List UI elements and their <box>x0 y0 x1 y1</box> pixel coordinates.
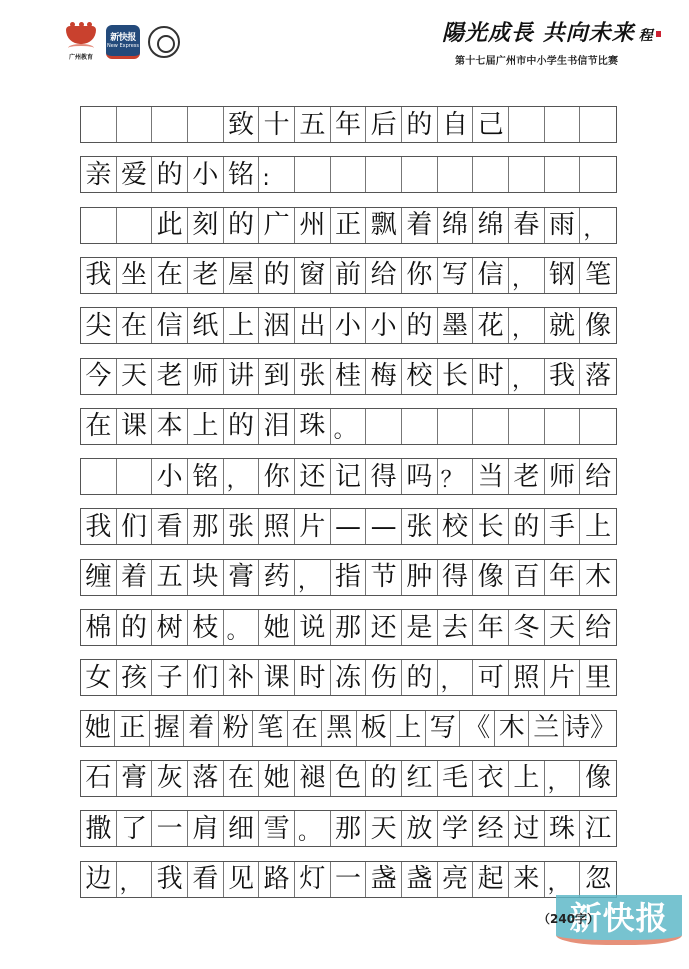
grid-cell <box>438 157 474 192</box>
grid-cell: 自 <box>438 107 474 142</box>
grid-cell: 棉 <box>81 610 117 645</box>
grid-cell: 放 <box>402 811 438 846</box>
text-row: 边，我看见路灯一盏盏亮起来，忽 <box>80 861 617 898</box>
grid-cell: ， <box>295 560 331 595</box>
grid-cell: 窗 <box>295 258 331 293</box>
grid-cell: 就 <box>545 308 581 343</box>
grid-cell: 我 <box>81 258 117 293</box>
grid-cell: 年 <box>545 560 581 595</box>
text-row: 我坐在老屋的窗前给你写信，钢笔 <box>80 257 617 294</box>
grid-cell: 上 <box>391 711 426 746</box>
grid-cell: 小 <box>366 308 402 343</box>
grid-cell: 铭 <box>224 157 260 192</box>
grid-cell: 的 <box>224 208 260 243</box>
grid-cell: 那 <box>331 811 367 846</box>
grid-cell: 小 <box>331 308 367 343</box>
grid-cell: 我 <box>152 862 188 897</box>
grid-cell: 像 <box>580 308 616 343</box>
grid-cell: 一 <box>331 862 367 897</box>
grid-cell: 春 <box>509 208 545 243</box>
grid-cell: 信 <box>473 258 509 293</box>
grid-cell: 的 <box>117 610 153 645</box>
grid-cell: 肿 <box>402 560 438 595</box>
grid-cell: 己 <box>473 107 509 142</box>
grid-cell <box>366 409 402 444</box>
grid-cell: 笔 <box>253 711 288 746</box>
grid-cell: 来 <box>509 862 545 897</box>
grid-cell: 珠 <box>295 409 331 444</box>
grid-cell: 我 <box>545 359 581 394</box>
grid-cell <box>402 157 438 192</box>
grid-cell: 《 <box>460 711 495 746</box>
grid-cell: 石 <box>81 761 117 796</box>
grid-cell: 的 <box>402 660 438 695</box>
grid-cell: : <box>259 157 295 192</box>
grid-cell <box>152 107 188 142</box>
text-row: 我们看那张照片——张校长的手上 <box>80 508 617 545</box>
grid-cell: 长 <box>473 509 509 544</box>
grid-cell: 盏 <box>366 862 402 897</box>
grid-cell <box>117 208 153 243</box>
grid-cell: 你 <box>402 258 438 293</box>
text-row: 今天老师讲到张桂梅校长时，我落 <box>80 358 617 395</box>
grid-cell: 给 <box>580 610 616 645</box>
grid-cell: 们 <box>117 509 153 544</box>
grid-cell: 撒 <box>81 811 117 846</box>
grid-cell: 毛 <box>438 761 474 796</box>
logo-subtitle: New Express <box>106 43 140 49</box>
grid-cell: 百 <box>509 560 545 595</box>
grid-cell: 张 <box>295 359 331 394</box>
grid-cell: 的 <box>402 107 438 142</box>
grid-cell: 落 <box>580 359 616 394</box>
crown-icon <box>66 26 96 44</box>
slogan-text: 陽光成長 共向未来 <box>442 20 635 46</box>
grid-cell: 诗》 <box>564 711 616 746</box>
contest-title: 第十七届广州市中小学生书信节比赛 <box>455 52 618 67</box>
association-seal-icon <box>148 26 180 58</box>
grid-cell: 冻 <box>331 660 367 695</box>
grid-cell: 泪 <box>259 409 295 444</box>
grid-cell: ， <box>545 862 581 897</box>
grid-cell: 屋 <box>224 258 260 293</box>
grid-cell: 经 <box>473 811 509 846</box>
grid-cell: 的 <box>366 761 402 796</box>
grid-cell <box>509 107 545 142</box>
grid-cell: 褪 <box>295 761 331 796</box>
grid-cell: 讲 <box>224 359 260 394</box>
grid-cell: 笔 <box>580 258 616 293</box>
grid-cell <box>473 409 509 444</box>
grid-cell: 绵 <box>473 208 509 243</box>
grid-cell: 老 <box>188 258 224 293</box>
grid-cell <box>366 157 402 192</box>
grid-cell: 肩 <box>188 811 224 846</box>
grid-cell: 当 <box>473 459 509 494</box>
grid-cell: 正 <box>115 711 150 746</box>
grid-cell: ？ <box>438 459 474 494</box>
grid-cell: 去 <box>438 610 474 645</box>
grid-cell: 片 <box>295 509 331 544</box>
red-seal-icon <box>656 31 661 37</box>
grid-cell: 天 <box>366 811 402 846</box>
grid-cell: 刻 <box>188 208 224 243</box>
grid-cell: 老 <box>152 359 188 394</box>
grid-cell: 后 <box>366 107 402 142</box>
grid-cell <box>81 107 117 142</box>
grid-cell: 膏 <box>224 560 260 595</box>
grid-cell: 记 <box>331 459 367 494</box>
grid-cell: 年 <box>331 107 367 142</box>
grid-cell: 五 <box>295 107 331 142</box>
grid-cell: 里 <box>580 660 616 695</box>
grid-cell: 给 <box>580 459 616 494</box>
grid-cell: 可 <box>473 660 509 695</box>
grid-cell: 块 <box>188 560 224 595</box>
grid-cell: 粉 <box>219 711 254 746</box>
grid-cell: 上 <box>224 308 260 343</box>
grid-cell: 尖 <box>81 308 117 343</box>
grid-cell: 梅 <box>366 359 402 394</box>
grid-cell: 花 <box>473 308 509 343</box>
grid-cell: ， <box>545 761 581 796</box>
grid-cell <box>580 107 616 142</box>
grid-cell: 时 <box>295 660 331 695</box>
grid-cell: 起 <box>473 862 509 897</box>
grid-cell: 老 <box>509 459 545 494</box>
logo-caption: 广州教育 <box>64 52 98 61</box>
grid-cell: 灯 <box>295 862 331 897</box>
grid-cell: ， <box>509 258 545 293</box>
grid-cell: 补 <box>224 660 260 695</box>
grid-cell: 信 <box>152 308 188 343</box>
grid-cell: 还 <box>295 459 331 494</box>
grid-cell <box>295 157 331 192</box>
title-row: 致十五年后的自己 <box>80 106 617 143</box>
grid-cell: 边 <box>81 862 117 897</box>
grid-cell: 见 <box>224 862 260 897</box>
grid-cell: 在 <box>117 308 153 343</box>
grid-cell <box>402 409 438 444</box>
slogan-calligraphy: 陽光成長 共向未来程 <box>442 16 661 47</box>
grid-cell: 冬 <box>509 610 545 645</box>
grid-cell <box>580 157 616 192</box>
grid-cell: 那 <box>188 509 224 544</box>
grid-cell: 出 <box>295 308 331 343</box>
grid-cell: 上 <box>188 409 224 444</box>
grid-cell: 得 <box>438 560 474 595</box>
grid-cell: 着 <box>184 711 219 746</box>
grid-cell: 灰 <box>152 761 188 796</box>
grid-cell: 像 <box>580 761 616 796</box>
grid-cell <box>188 107 224 142</box>
grid-cell: 张 <box>224 509 260 544</box>
grid-cell: 小 <box>152 459 188 494</box>
grid-cell: 伤 <box>366 660 402 695</box>
grid-cell: 。 <box>295 811 331 846</box>
grid-cell: 女 <box>81 660 117 695</box>
grid-cell: 们 <box>188 660 224 695</box>
grid-cell <box>509 409 545 444</box>
grid-cell: 亮 <box>438 862 474 897</box>
grid-cell: 学 <box>438 811 474 846</box>
grid-cell: 是 <box>402 610 438 645</box>
grid-cell: 本 <box>152 409 188 444</box>
grid-cell: 孩 <box>117 660 153 695</box>
grid-cell: 写 <box>438 258 474 293</box>
grid-cell: 落 <box>188 761 224 796</box>
grid-cell: 手 <box>545 509 581 544</box>
grid-cell: 子 <box>152 660 188 695</box>
grid-cell: — <box>331 509 367 544</box>
grid-cell: 给 <box>366 258 402 293</box>
grid-cell: ， <box>438 660 474 695</box>
grid-cell <box>545 409 581 444</box>
header-logos: 广州教育 新快报 New Express <box>64 22 180 62</box>
grid-cell: 的 <box>509 509 545 544</box>
grid-cell: 你 <box>259 459 295 494</box>
grid-cell: 忽 <box>580 862 616 897</box>
grid-cell: 她 <box>259 761 295 796</box>
grid-cell: 木 <box>580 560 616 595</box>
grid-cell: 年 <box>473 610 509 645</box>
book-icon <box>68 44 94 52</box>
grid-cell: 致 <box>224 107 260 142</box>
grid-cell: 说 <box>295 610 331 645</box>
grid-cell: 师 <box>188 359 224 394</box>
grid-cell: 吗 <box>402 459 438 494</box>
grid-cell: 她 <box>259 610 295 645</box>
grid-cell: 像 <box>473 560 509 595</box>
grid-cell: 师 <box>545 459 581 494</box>
grid-cell: 张 <box>402 509 438 544</box>
grid-cell <box>545 107 581 142</box>
grid-cell: 在 <box>152 258 188 293</box>
grid-cell <box>117 107 153 142</box>
grid-cell: 的 <box>224 409 260 444</box>
grid-cell: 州 <box>295 208 331 243</box>
grid-cell: 盏 <box>402 862 438 897</box>
grid-cell: 天 <box>545 610 581 645</box>
grid-cell: 在 <box>81 409 117 444</box>
grid-cell: 写 <box>426 711 461 746</box>
new-express-logo: 新快报 New Express <box>106 25 140 59</box>
grid-cell: 墨 <box>438 308 474 343</box>
grid-cell: 节 <box>366 560 402 595</box>
logo-title: 新快报 <box>106 30 140 43</box>
grid-cell: 坐 <box>117 258 153 293</box>
text-row: 在课本上的泪珠。 <box>80 408 617 445</box>
grid-cell: 江 <box>580 811 616 846</box>
grid-cell <box>545 157 581 192</box>
guangzhou-education-logo: 广州教育 <box>64 22 98 62</box>
grid-cell: 看 <box>188 862 224 897</box>
grid-cell: 药 <box>259 560 295 595</box>
grid-cell: 桂 <box>331 359 367 394</box>
grid-cell: 树 <box>152 610 188 645</box>
grid-cell: 绵 <box>438 208 474 243</box>
word-count: （240字） <box>538 910 599 927</box>
grid-cell: 十 <box>259 107 295 142</box>
grid-cell <box>473 157 509 192</box>
text-row: 尖在信纸上洇出小小的墨花，就像 <box>80 307 617 344</box>
grid-cell: 。 <box>331 409 367 444</box>
grid-cell: ， <box>509 308 545 343</box>
grid-cell: 照 <box>259 509 295 544</box>
grid-cell <box>81 208 117 243</box>
grid-cell: 在 <box>288 711 323 746</box>
text-row: 撒了一肩细雪。那天放学经过珠江 <box>80 810 617 847</box>
grid-cell: 握 <box>150 711 185 746</box>
grid-cell: 课 <box>259 660 295 695</box>
grid-cell: 了 <box>117 811 153 846</box>
grid-cell: 课 <box>117 409 153 444</box>
grid-cell: 到 <box>259 359 295 394</box>
grid-cell: 珠 <box>545 811 581 846</box>
grid-cell: 路 <box>259 862 295 897</box>
grid-cell: 还 <box>366 610 402 645</box>
grid-cell: 上 <box>509 761 545 796</box>
grid-cell: 铭 <box>188 459 224 494</box>
text-row: 石膏灰落在她褪色的红毛衣上，像 <box>80 760 617 797</box>
grid-cell: 指 <box>331 560 367 595</box>
text-row: 棉的树枝。她说那还是去年冬天给 <box>80 609 617 646</box>
grid-cell: 一 <box>152 811 188 846</box>
text-row: 缠着五块膏药，指节肿得像百年木 <box>80 559 617 596</box>
grid-cell: 兰 <box>529 711 563 746</box>
grid-cell: 缠 <box>81 560 117 595</box>
grid-cell <box>117 459 153 494</box>
grid-cell: 色 <box>331 761 367 796</box>
grid-cell: 看 <box>152 509 188 544</box>
grid-cell <box>438 409 474 444</box>
grid-cell <box>580 409 616 444</box>
grid-cell: 片 <box>545 660 581 695</box>
grid-cell: 爱 <box>117 157 153 192</box>
grid-cell: 钢 <box>545 258 581 293</box>
text-row: 她正握着粉笔在黑板上写《木兰诗》 <box>80 710 617 747</box>
grid-cell: 飘 <box>366 208 402 243</box>
grid-cell: 着 <box>117 560 153 595</box>
grid-cell: 枝 <box>188 610 224 645</box>
grid-cell: 雨 <box>545 208 581 243</box>
grid-cell: 上 <box>580 509 616 544</box>
grid-cell: 雪 <box>259 811 295 846</box>
grid-cell: ， <box>117 862 153 897</box>
grid-cell: 她 <box>81 711 115 746</box>
text-row: 亲爱的小铭: <box>80 156 617 193</box>
grid-cell: 那 <box>331 610 367 645</box>
grid-cell: 此 <box>152 208 188 243</box>
grid-cell: 得 <box>366 459 402 494</box>
grid-cell: 板 <box>357 711 392 746</box>
text-row: 此刻的广州正飘着绵绵春雨， <box>80 207 617 244</box>
grid-cell <box>509 157 545 192</box>
grid-cell: 校 <box>438 509 474 544</box>
grid-cell: 校 <box>402 359 438 394</box>
grid-cell: 的 <box>152 157 188 192</box>
grid-cell: 在 <box>224 761 260 796</box>
grid-cell: 长 <box>438 359 474 394</box>
grid-cell: 膏 <box>117 761 153 796</box>
grid-cell: 我 <box>81 509 117 544</box>
grid-cell: 木 <box>495 711 530 746</box>
grid-cell: 衣 <box>473 761 509 796</box>
grid-cell: 前 <box>331 258 367 293</box>
grid-cell: 洇 <box>259 308 295 343</box>
grid-cell: ， <box>580 208 616 243</box>
grid-cell: 的 <box>259 258 295 293</box>
grid-cell: 正 <box>331 208 367 243</box>
grid-cell: ， <box>509 359 545 394</box>
grid-cell: 过 <box>509 811 545 846</box>
grid-cell: 。 <box>224 610 260 645</box>
grid-cell: 红 <box>402 761 438 796</box>
slogan-signature: 程 <box>639 28 654 44</box>
text-row: 女孩子们补课时冻伤的，可照片里 <box>80 659 617 696</box>
grid-cell: 亲 <box>81 157 117 192</box>
grid-cell: 今 <box>81 359 117 394</box>
grid-cell: 着 <box>402 208 438 243</box>
grid-cell: — <box>366 509 402 544</box>
grid-cell: 天 <box>117 359 153 394</box>
grid-cell: 五 <box>152 560 188 595</box>
grid-cell: 细 <box>224 811 260 846</box>
grid-cell: ， <box>224 459 260 494</box>
grid-cell: 时 <box>473 359 509 394</box>
grid-cell: 小 <box>188 157 224 192</box>
grid-cell: 照 <box>509 660 545 695</box>
text-row: 小铭，你还记得吗？当老师给 <box>80 458 617 495</box>
grid-cell <box>331 157 367 192</box>
grid-cell: 纸 <box>188 308 224 343</box>
grid-cell: 黑 <box>322 711 357 746</box>
grid-cell: 的 <box>402 308 438 343</box>
grid-cell <box>81 459 117 494</box>
grid-cell: 广 <box>259 208 295 243</box>
